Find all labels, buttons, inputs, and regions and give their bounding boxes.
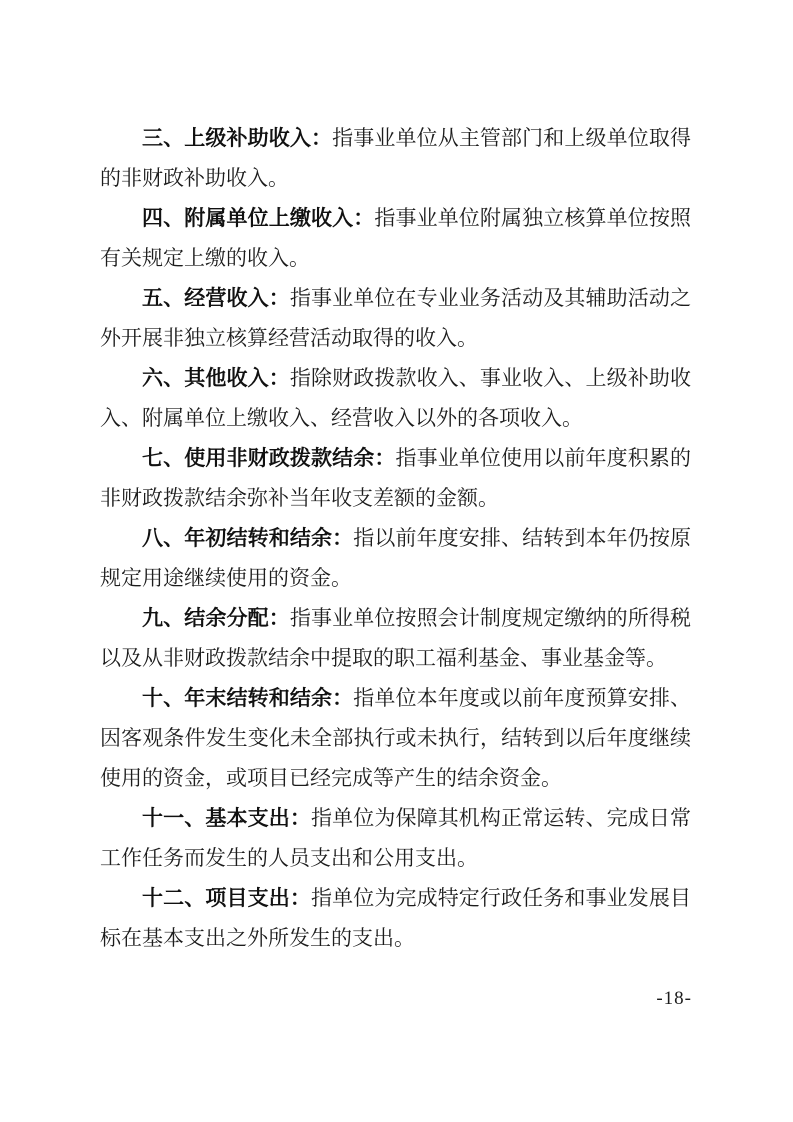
term-heading: 七、使用非财政拨款结余： (142, 446, 395, 470)
term-heading: 十一、基本支出： (142, 806, 311, 830)
definition-paragraph: 八、年初结转和结余：指以前年度安排、结转到本年仍按原规定用途继续使用的资金。 (100, 518, 691, 598)
definition-paragraph: 十一、基本支出：指单位为保障其机构正常运转、完成日常工作任务而发生的人员支出和公… (100, 798, 691, 878)
term-heading: 十、年末结转和结余： (142, 686, 353, 710)
definitions-text-block: 三、上级补助收入：指事业单位从主管部门和上级单位取得的非财政补助收入。四、附属单… (100, 118, 691, 958)
definition-paragraph: 六、其他收入：指除财政拨款收入、事业收入、上级补助收入、附属单位上缴收入、经营收… (100, 358, 691, 438)
definition-paragraph: 三、上级补助收入：指事业单位从主管部门和上级单位取得的非财政补助收入。 (100, 118, 691, 198)
term-heading: 四、附属单位上缴收入： (142, 206, 374, 230)
definition-paragraph: 十、年末结转和结余：指单位本年度或以前年度预算安排、因客观条件发生变化未全部执行… (100, 678, 691, 798)
definition-paragraph: 九、结余分配：指事业单位按照会计制度规定缴纳的所得税以及从非财政拨款结余中提取的… (100, 598, 691, 678)
term-heading: 六、其他收入： (142, 366, 290, 390)
term-heading: 九、结余分配： (142, 606, 290, 630)
definition-paragraph: 五、经营收入：指事业单位在专业业务活动及其辅助活动之外开展非独立核算经营活动取得… (100, 278, 691, 358)
term-heading: 十二、项目支出： (142, 886, 311, 910)
term-heading: 五、经营收入： (142, 286, 290, 310)
document-page: 三、上级补助收入：指事业单位从主管部门和上级单位取得的非财政补助收入。四、附属单… (0, 0, 793, 1122)
definition-paragraph: 七、使用非财政拨款结余：指事业单位使用以前年度积累的非财政拨款结余弥补当年收支差… (100, 438, 691, 518)
definition-paragraph: 四、附属单位上缴收入：指事业单位附属独立核算单位按照有关规定上缴的收入。 (100, 198, 691, 278)
term-heading: 八、年初结转和结余： (142, 526, 353, 550)
definition-paragraph: 十二、项目支出：指单位为完成特定行政任务和事业发展目标在基本支出之外所发生的支出… (100, 878, 691, 958)
page-number: -18- (656, 987, 692, 1011)
term-heading: 三、上级补助收入： (142, 126, 332, 150)
